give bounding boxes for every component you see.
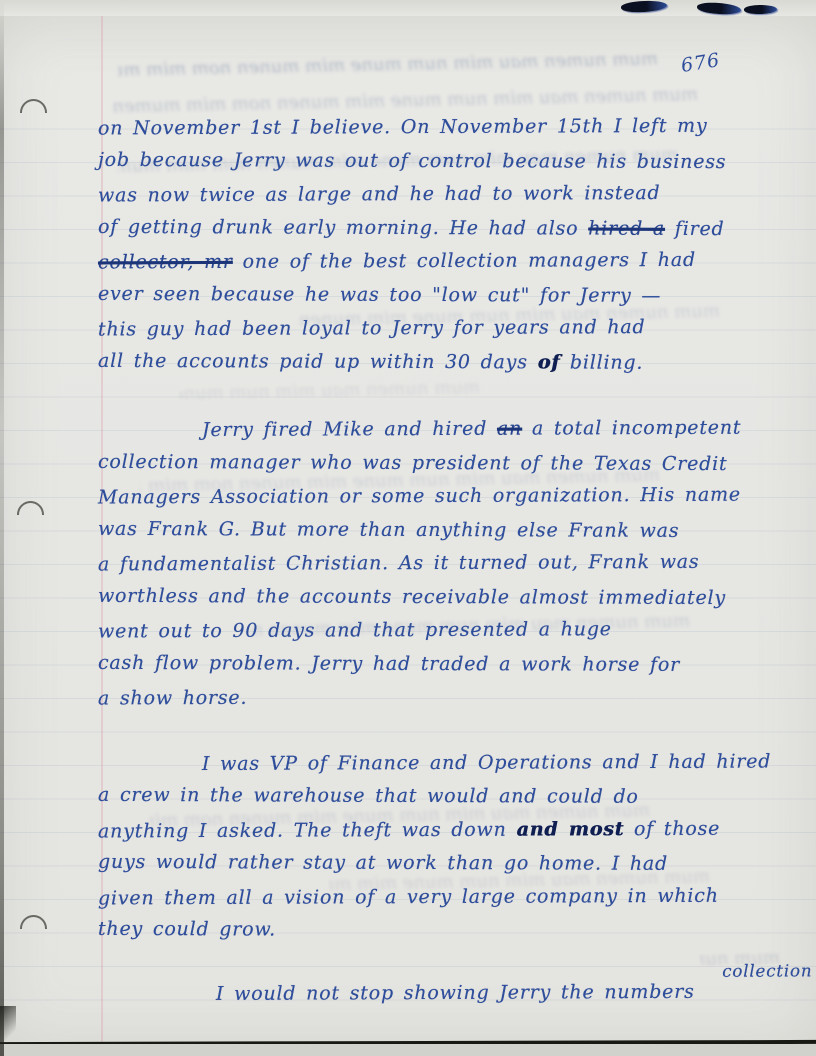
scanner-top-band [0, 0, 816, 16]
handwritten-text: this guy had been loyal to Jerry for yea… [98, 316, 646, 340]
handwritten-text: ever seen because he was too "low cut" f… [98, 282, 661, 306]
handwritten-text: anything I asked. The theft was down [98, 818, 517, 842]
handwritten-line: guys would rather stay at work than go h… [98, 846, 758, 882]
handwritten-line: all the accounts paid up within 30 days … [98, 344, 758, 380]
handwritten-text: all the accounts paid up within 30 days [98, 349, 538, 373]
overwritten-text: of [538, 351, 561, 373]
handwritten-text: fired [665, 217, 725, 239]
handwritten-line: of getting drunk early morning. He had a… [98, 210, 758, 246]
scanned-page: mum numen mau mim num mune mim munen nom… [0, 0, 816, 1056]
handwritten-text: one of the best collection managers I ha… [233, 249, 696, 273]
handwritten-text: of those [624, 817, 720, 839]
handwritten-text: collection manager who was president of … [98, 450, 728, 474]
manuscript: on November 1st I believe. On November 1… [98, 111, 758, 1010]
handwritten-line: ever seen because he was too "low cut" f… [98, 277, 758, 313]
struck-text: collector, mr [98, 251, 233, 274]
handwritten-text: went out to 90 days and that presented a… [98, 618, 612, 642]
handwritten-text: was Frank G. But more than anything else… [98, 517, 679, 541]
handwritten-text: given them all a vision of a very large … [98, 884, 719, 909]
handwritten-line: went out to 90 days and that presented a… [98, 613, 758, 649]
handwritten-line: worthless and the accounts receivable al… [98, 579, 758, 615]
handwritten-line: they could grow. [98, 913, 758, 949]
handwritten-text: numbers [604, 980, 694, 1002]
handwritten-line: was now twice as large and he had to wor… [98, 177, 758, 213]
handwritten-line: this guy had been loyal to Jerry for yea… [98, 311, 758, 347]
handwritten-line: collector, mr one of the best collection… [98, 244, 758, 280]
paragraph: I would not stop showing Jerry the colle… [98, 977, 758, 1011]
handwritten-text: Managers Association or some such organi… [98, 484, 741, 509]
handwritten-text: guys would rather stay at work than go h… [98, 851, 668, 875]
handwritten-text: I was VP of Finance and Operations and I… [202, 750, 771, 774]
handwritten-line: anything I asked. The theft was down and… [98, 812, 758, 848]
handwritten-line: a show horse. [98, 680, 758, 716]
handwritten-text: cash flow problem. Jerry had traded a wo… [98, 651, 680, 675]
paragraph: on November 1st I believe. On November 1… [98, 111, 758, 379]
handwritten-text: they could grow. [98, 918, 276, 941]
handwritten-text: a total incompetent [522, 417, 741, 440]
handwritten-text: job because Jerry was out of control bec… [98, 148, 726, 172]
handwritten-text: was now twice as large and he had to wor… [98, 182, 661, 206]
scanner-bottom-band [0, 1044, 816, 1056]
scan-left-edge [0, 0, 4, 1056]
handwritten-text: of getting drunk early morning. He had a… [98, 215, 588, 239]
handwritten-line: was Frank G. But more than anything else… [98, 512, 758, 548]
handwritten-line: job because Jerry was out of control bec… [98, 143, 758, 179]
handwritten-text: a crew in the warehouse that would and c… [98, 784, 639, 808]
handwritten-line: Jerry fired Mike and hired an a total in… [98, 412, 758, 448]
handwritten-text: a fundamentalist Christian. As it turned… [98, 551, 700, 576]
paragraph: I was VP of Finance and Operations and I… [98, 747, 758, 948]
handwritten-text: I would not stop showing Jerry the [216, 981, 604, 1005]
handwritten-line: on November 1st I believe. On November 1… [98, 110, 758, 146]
handwritten-line: Managers Association or some such organi… [98, 479, 758, 515]
handwritten-text: a show horse. [98, 687, 247, 710]
handwritten-line: a crew in the warehouse that would and c… [98, 779, 758, 815]
handwritten-line: I was VP of Finance and Operations and I… [98, 745, 758, 781]
handwritten-text: on November 1st I believe. On November 1… [98, 115, 708, 140]
handwritten-text: billing. [560, 351, 643, 373]
handwritten-text: Jerry fired Mike and hired [202, 418, 497, 441]
handwritten-line: collection manager who was president of … [98, 445, 758, 481]
overwritten-text: and most [516, 818, 624, 840]
handwritten-text: worthless and the accounts receivable al… [98, 584, 726, 608]
handwritten-line: cash flow problem. Jerry had traded a wo… [98, 646, 758, 682]
struck-text: an [497, 418, 522, 440]
paragraph: Jerry fired Mike and hired an a total in… [98, 413, 758, 715]
handwritten-line: given them all a vision of a very large … [98, 879, 758, 915]
struck-text: hired a [588, 217, 665, 239]
handwritten-line: I would not stop showing Jerry the colle… [98, 975, 758, 1011]
handwritten-line: a fundamentalist Christian. As it turned… [98, 546, 758, 582]
